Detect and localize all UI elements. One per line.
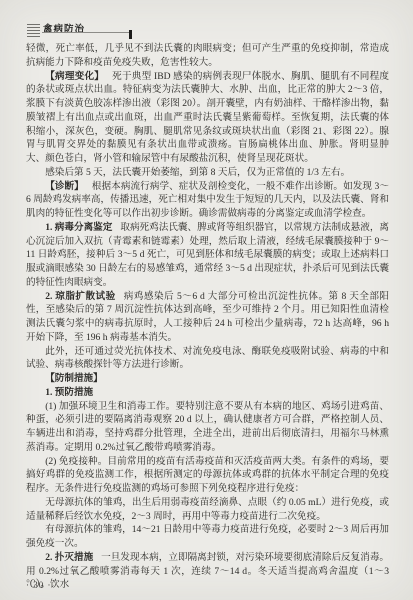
- paragraph: 1. 预防措施: [26, 386, 389, 400]
- running-head-rule: [42, 32, 130, 33]
- running-head-endcap: [129, 30, 132, 39]
- paragraph: 感染后第 5 天，法氏囊开始萎缩，到第 8 天后，仅为正常值的 1/3 左右。: [26, 166, 389, 180]
- paragraph: 1. 病毒分离鉴定取病死鸡法氏囊、脾或肾等组织器官，以常规方法制成悬液，离心沉淀…: [26, 221, 389, 290]
- paragraph-label: 1. 病毒分离鉴定: [45, 222, 112, 233]
- paragraph-label: 【防制措施】: [45, 373, 103, 384]
- paragraph: 有母源抗体的雏鸡，14～21 日龄用中等毒力疫苗进行免疫，必要时 2～3 周后再…: [26, 523, 389, 551]
- paragraph: 无母源抗体的雏鸡，出生后用弱毒疫苗经滴鼻、点眼（约 0.05 mL）进行免疫，或…: [26, 496, 389, 524]
- page-number: · 30 ·: [26, 580, 52, 590]
- paragraph: 2. 琼脂扩散试验病鸡感染后 5～6 d 大部分可检出沉淀性抗体。第 8 天全部…: [26, 290, 389, 345]
- paragraph-text: 有母源抗体的雏鸡，14～21 日龄用中等毒力疫苗进行免疫，必要时 2～3 周后再…: [26, 524, 389, 549]
- running-head: 禽病防治: [27, 20, 139, 42]
- paragraph-text: 轻微，死亡率低，几乎见不到法氏囊的肉眼病变；但可产生严重的免疫抑制，常造成抗病能…: [26, 43, 389, 68]
- paragraph: (1) 加强环境卫生和消毒工作。要特别注意不要从有本病的地区、鸡场引进鸡苗、种蛋…: [26, 400, 389, 455]
- paragraph-label: 1. 预防措施: [45, 387, 93, 398]
- paragraph: (2) 免疫接种。目前常用的疫苗有活毒疫苗和灭活疫苗两大类。有条件的鸡场，要搞好…: [26, 455, 389, 496]
- paragraph-text: (1) 加强环境卫生和消毒工作。要特别注意不要从有本病的地区、鸡场引进鸡苗、种蛋…: [26, 401, 389, 453]
- paragraph: 此外，还可通过荧光抗体技术、对流免疫电泳、酶联免疫吸附试验、病毒的中和试验、病毒…: [26, 345, 389, 373]
- paragraph-label: 【病理变化】: [45, 71, 104, 82]
- paragraph: 2. 扑灭措施一旦发现本病，立即隔离封锁，对污染环境要彻底清除后反复消毒。用 0…: [26, 551, 389, 592]
- paragraph-text: 此外，还可通过荧光抗体技术、对流免疫电泳、酶联免疫吸附试验、病毒的中和试验、病毒…: [26, 346, 389, 371]
- paragraph: 【防制措施】: [26, 372, 389, 386]
- paragraph-text: (2) 免疫接种。目前常用的疫苗有活毒疫苗和灭活疫苗两大类。有条件的鸡场，要搞好…: [26, 456, 389, 495]
- paragraph: 【诊断】根据本病流行病学、症状及剖检变化，一般不难作出诊断。如发现 3～6 周龄…: [26, 180, 389, 221]
- paragraph-text: 感染后第 5 天，法氏囊开始萎缩，到第 8 天后，仅为正常值的 1/3 左右。: [45, 167, 350, 178]
- paragraph-label: 2. 琼脂扩散试验: [45, 291, 116, 302]
- paragraph-text: 死于典型 IBD 感染的病例表现尸体脱水、胸肌、腿肌有不同程度的条状或斑点状出血…: [26, 71, 389, 165]
- paragraph-label: 2. 扑灭措施: [45, 552, 93, 563]
- page-body: 轻微，死亡率低，几乎见不到法氏囊的肉眼病变；但可产生严重的免疫抑制，常造成抗病能…: [26, 42, 389, 592]
- stripes-decoration-icon: [27, 24, 40, 39]
- book-page: 禽病防治 轻微，死亡率低，几乎见不到法氏囊的肉眼病变；但可产生严重的免疫抑制，常…: [0, 0, 413, 600]
- paragraph-text: 无母源抗体的雏鸡，出生后用弱毒疫苗经滴鼻、点眼（约 0.05 mL）进行免疫，或…: [26, 497, 389, 522]
- paragraph: 【病理变化】死于典型 IBD 感染的病例表现尸体脱水、胸肌、腿肌有不同程度的条状…: [26, 70, 389, 166]
- paragraph: 轻微，死亡率低，几乎见不到法氏囊的肉眼病变；但可产生严重的免疫抑制，常造成抗病能…: [26, 42, 389, 70]
- paragraph-label: 【诊断】: [45, 181, 84, 192]
